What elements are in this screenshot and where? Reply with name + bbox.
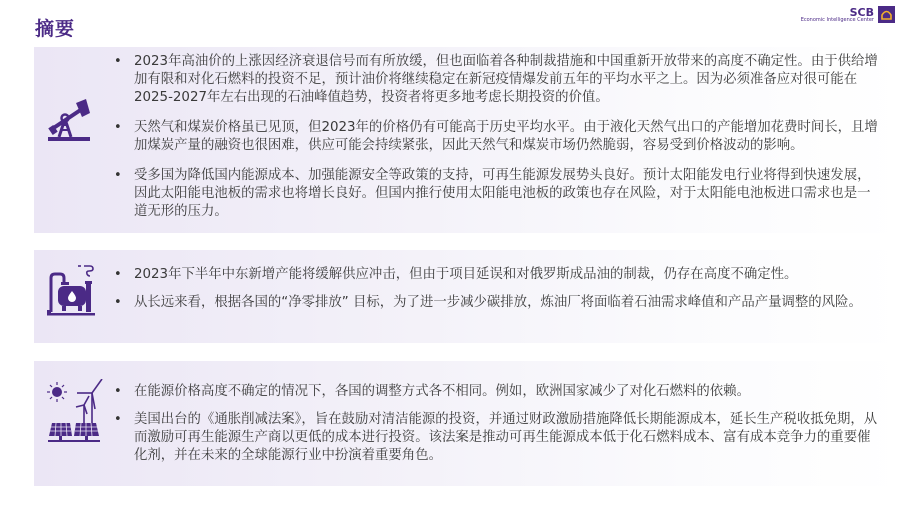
bullet-list: 在能源价格高度不确定的情况下，各国的调整方式各不相同。例如，欧洲国家减少了对化石…: [112, 383, 883, 465]
bullet-list: 2023年高油价的上涨因经济衰退信号而有所放缓，但也面临着各种制裁措施和中国重新…: [112, 53, 883, 221]
bullet-item: 天然气和煤炭价格虽已见顶，但2023年的价格仍有可能高于历史平均水平。由于液化天…: [112, 119, 883, 155]
scb-eic-logo: SCB Economic Intelligence Center: [801, 6, 895, 23]
oil-pump-icon: [46, 99, 92, 149]
logo-brand: SCB: [801, 7, 874, 18]
bullet-list: 2023年下半年中东新增产能将缓解供应冲击，但由于项目延误和对俄罗斯成品油的制裁…: [112, 266, 883, 312]
renewable-energy-icon: [46, 379, 104, 447]
section-oil: 2023年高油价的上涨因经济衰退信号而有所放缓，但也面临着各种制裁措施和中国重新…: [34, 47, 903, 233]
bullet-item: 2023年下半年中东新增产能将缓解供应冲击，但由于项目延误和对俄罗斯成品油的制裁…: [112, 266, 883, 284]
section-refinery: 2023年下半年中东新增产能将缓解供应冲击，但由于项目延误和对俄罗斯成品油的制裁…: [34, 250, 903, 343]
bullet-item: 美国出台的《通胀削减法案》，旨在鼓励对清洁能源的投资，并通过财政激励措施降低长期…: [112, 411, 883, 465]
bullet-item: 从长远来看，根据各国的“净零排放” 目标，为了进一步减少碳排放，炼油厂将面临着石…: [112, 294, 883, 312]
bullet-item: 2023年高油价的上涨因经济衰退信号而有所放缓，但也面临着各种制裁措施和中国重新…: [112, 53, 883, 107]
refinery-tank-icon: [46, 262, 96, 320]
section-renewable: 在能源价格高度不确定的情况下，各国的调整方式各不相同。例如，欧洲国家减少了对化石…: [34, 361, 903, 486]
scb-emblem-icon: [878, 6, 895, 23]
logo-subtitle: Economic Intelligence Center: [801, 18, 874, 23]
bullet-item: 受多国为降低国内能源成本、加强能源安全等政策的支持，可再生能源发展势头良好。预计…: [112, 167, 883, 221]
bullet-item: 在能源价格高度不确定的情况下，各国的调整方式各不相同。例如，欧洲国家减少了对化石…: [112, 383, 883, 401]
page-title: 摘要: [35, 14, 75, 41]
